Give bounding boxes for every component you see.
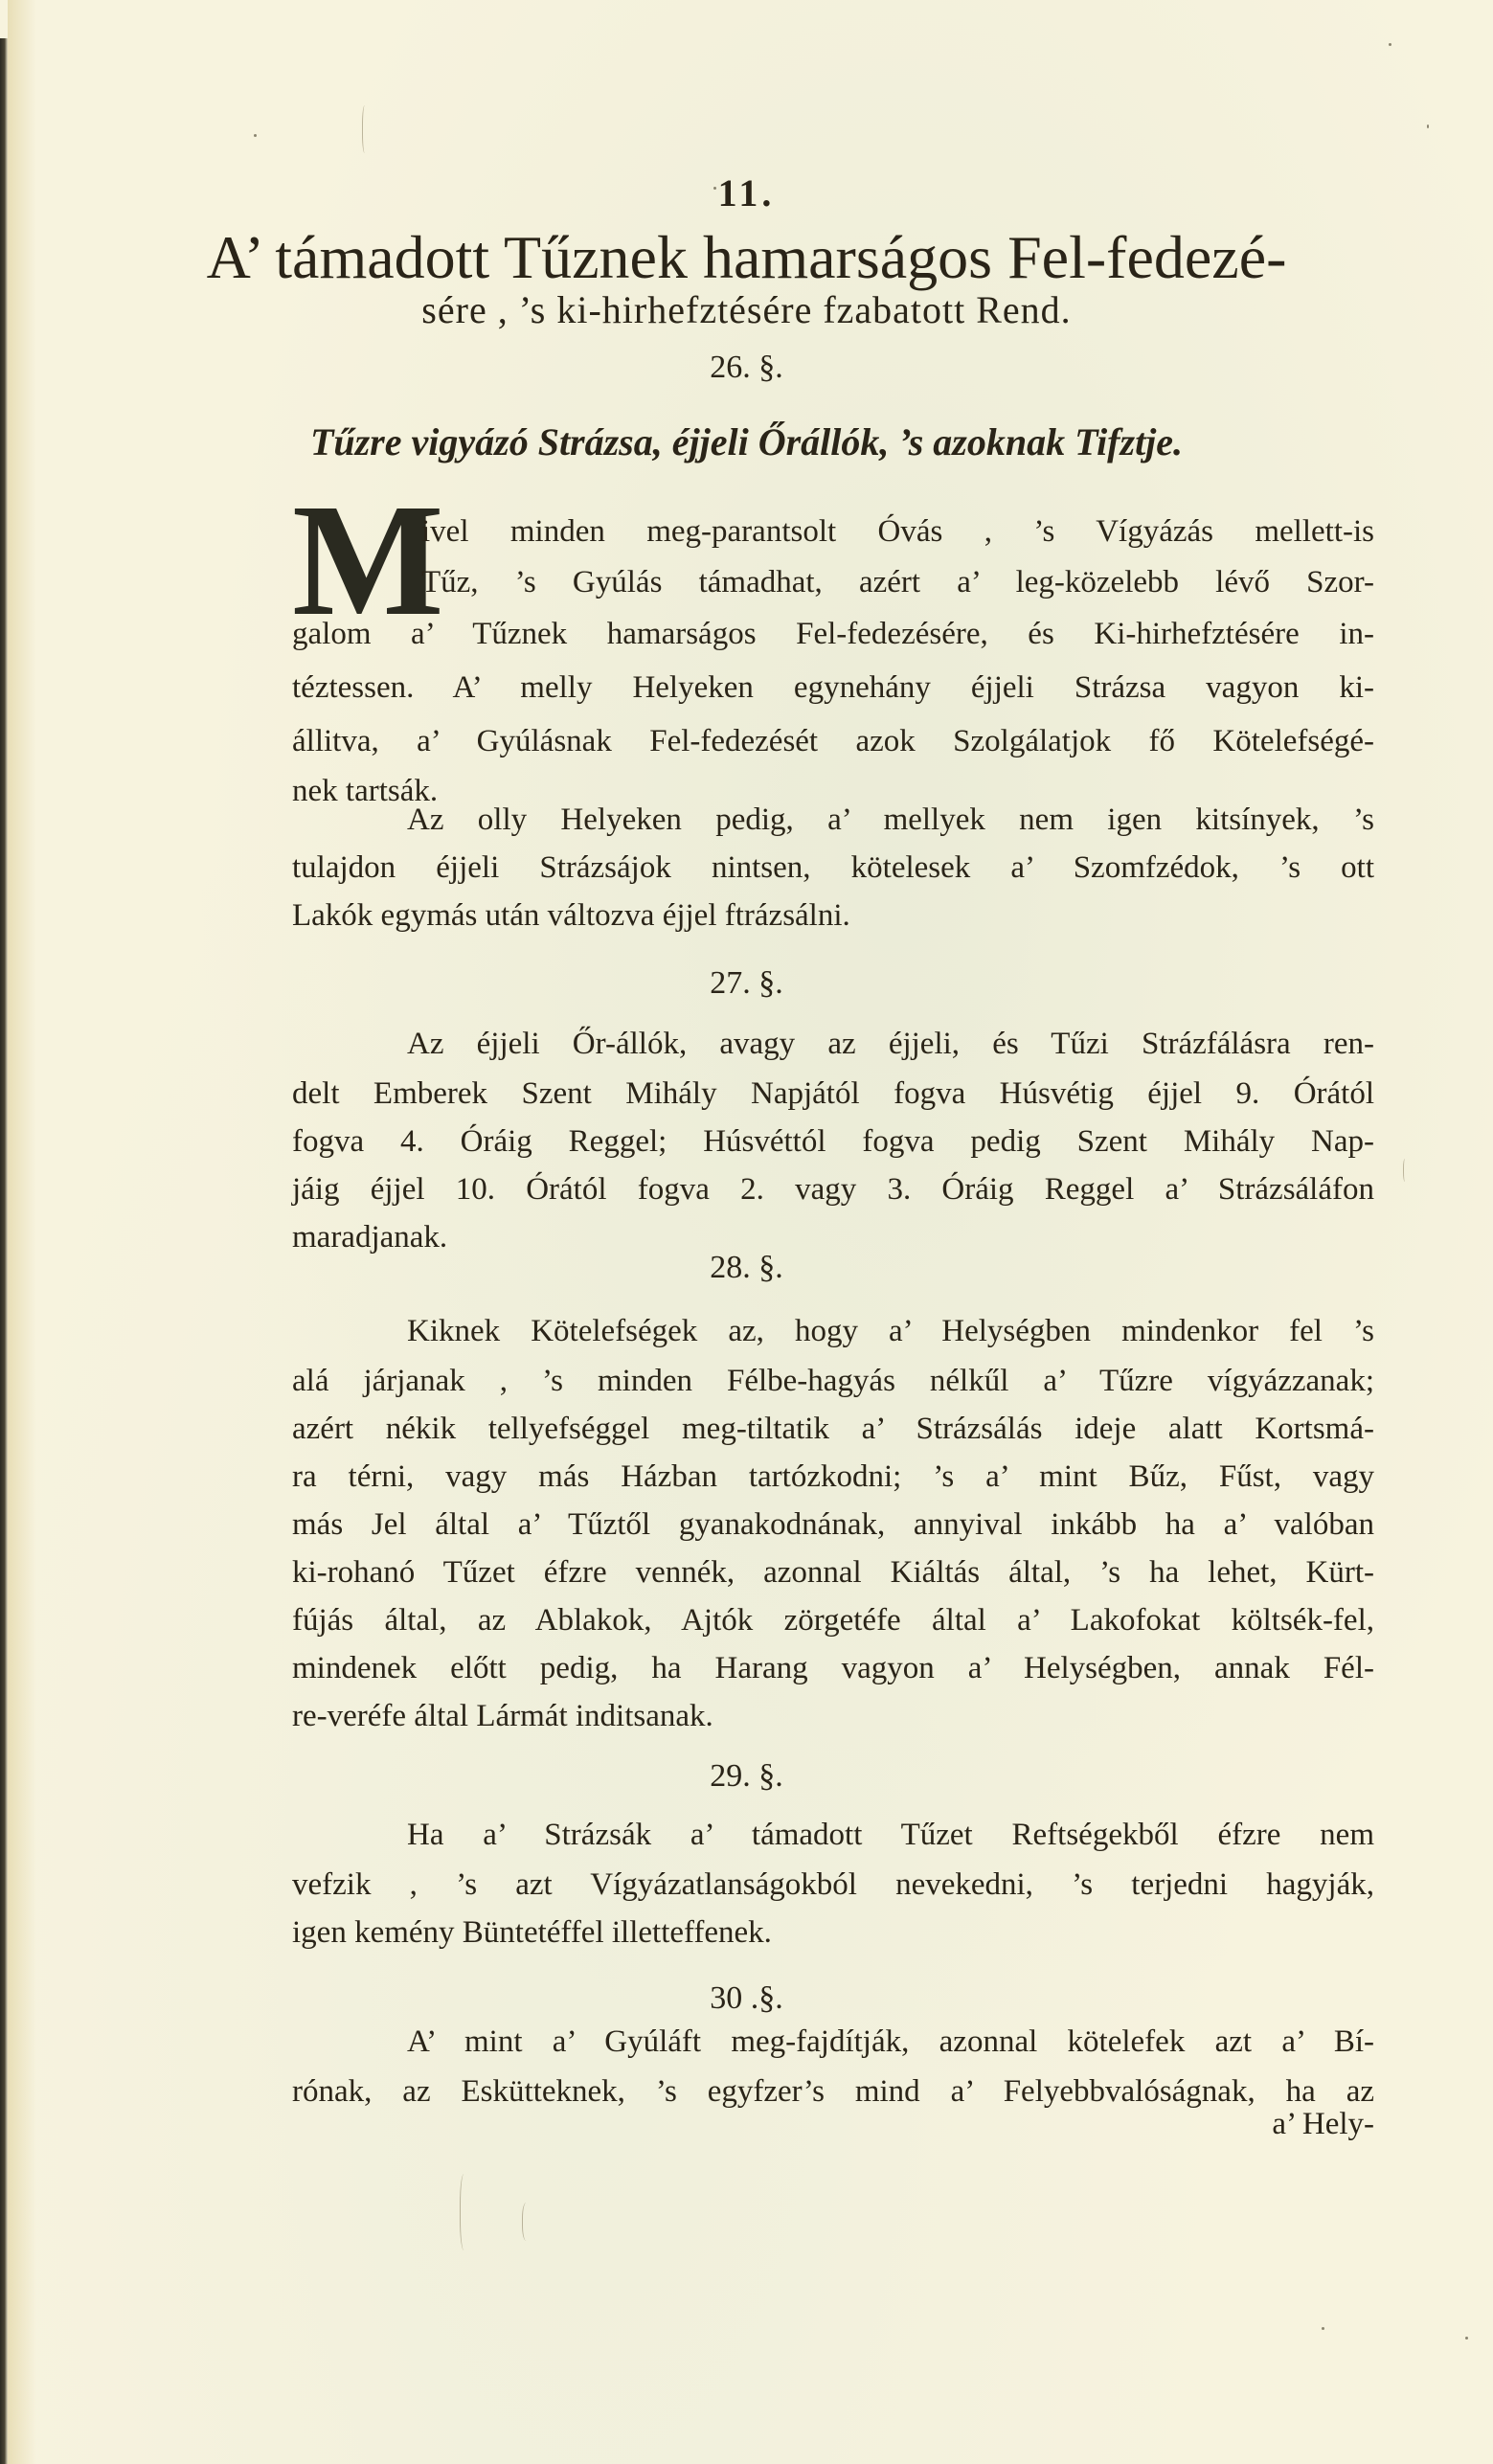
text-line: Lakók egymás után változva éjjel ftrázsá… <box>292 896 1374 935</box>
text-line: fogva 4. Óráig Reggel; Húsvéttól fogva p… <box>292 1122 1374 1161</box>
paper-speck <box>1389 43 1391 46</box>
text-line: Az éjjeli Őr-állók, avagy az éjjeli, és … <box>407 1025 1374 1063</box>
paper-speck <box>1427 124 1429 128</box>
text-line: delt Emberek Szent Mihály Napjától fogva… <box>292 1074 1374 1113</box>
text-line: igen kemény Büntetéffel illetteffenek. <box>292 1913 1374 1952</box>
text-line: ra térni, vagy más Házban tartózkodni; ’… <box>292 1458 1374 1496</box>
text-line: mindenek előtt pedig, ha Harang vagyon a… <box>292 1649 1374 1687</box>
text-line: azért nékik tellyefséggel meg-tiltatik a… <box>292 1410 1374 1448</box>
paper-speck <box>254 134 257 137</box>
paper-speck <box>1465 2337 1468 2340</box>
section-number-27: 27. §. <box>0 965 1493 1002</box>
text-line: re-veréfe által Lármát inditsanak. <box>292 1697 1374 1735</box>
section-number-26: 26. §. <box>0 350 1493 386</box>
section-number-30: 30 .§. <box>0 1980 1493 2017</box>
section-number-28: 28. §. <box>0 1250 1493 1286</box>
paper-fiber <box>522 2203 532 2241</box>
text-line: A’ mint a’ Gyúláft meg-fajdítják, azonna… <box>407 2023 1374 2061</box>
paper-speck <box>1322 2327 1324 2330</box>
text-line: alá járjanak , ’s minden Félbe-hagyás né… <box>292 1362 1374 1400</box>
paper-fiber <box>362 105 369 153</box>
page-number: 11. <box>0 170 1493 215</box>
document-page: 11. A’ támadott Tűznek hamarságos Fel-fe… <box>0 0 1493 2464</box>
text-line: ki-rohanó Tűzet éfzre vennék, azonnal Ki… <box>292 1553 1374 1592</box>
drop-cap: M <box>292 498 402 622</box>
text-line: tulajdon éjjeli Strázsájok nintsen, köte… <box>292 848 1374 887</box>
text-line: téztessen. A’ melly Helyeken egynehány é… <box>292 668 1374 707</box>
text-line: más Jel által a’ Tűztől gyanakodnának, a… <box>292 1505 1374 1544</box>
section-subtitle: Tűzre vigyázó Strázsa, éjjeli Őrállók, ’… <box>0 419 1493 464</box>
text-line: Ha a’ Strázsák a’ támadott Tűzet Reftség… <box>407 1816 1374 1854</box>
text-line: Az olly Helyeken pedig, a’ mellyek nem i… <box>407 801 1374 839</box>
text-line: ivel minden meg-parantsolt Óvás , ’s Víg… <box>421 512 1374 551</box>
catchword: a’ Hely- <box>292 2105 1374 2143</box>
text-line: fújás által, az Ablakok, Ajtók zörgetéfe… <box>292 1601 1374 1639</box>
chapter-title: A’ támadott Tűznek hamarságos Fel-fedezé… <box>0 222 1493 293</box>
section-number-29: 29. §. <box>0 1758 1493 1795</box>
text-line: Kiknek Kötelefségek az, hogy a’ Helységb… <box>407 1312 1374 1350</box>
text-line: Tűz, ’s Gyúlás támadhat, azért a’ leg-kö… <box>421 563 1374 601</box>
paper-fiber <box>1403 1159 1408 1182</box>
paper-fiber <box>460 2174 470 2250</box>
text-line: jáig éjjel 10. Órától fogva 2. vagy 3. Ó… <box>292 1170 1374 1209</box>
text-line: állitva, a’ Gyúlásnak Fel-fedezését azok… <box>292 722 1374 760</box>
chapter-title-continued: sére , ’s ki-hirhefztésére fzabatott Ren… <box>0 287 1493 332</box>
text-line: vefzik , ’s azt Vígyázatlanságokból neve… <box>292 1865 1374 1904</box>
text-line: galom a’ Tűznek hamarságos Fel-fedezésér… <box>292 615 1374 653</box>
